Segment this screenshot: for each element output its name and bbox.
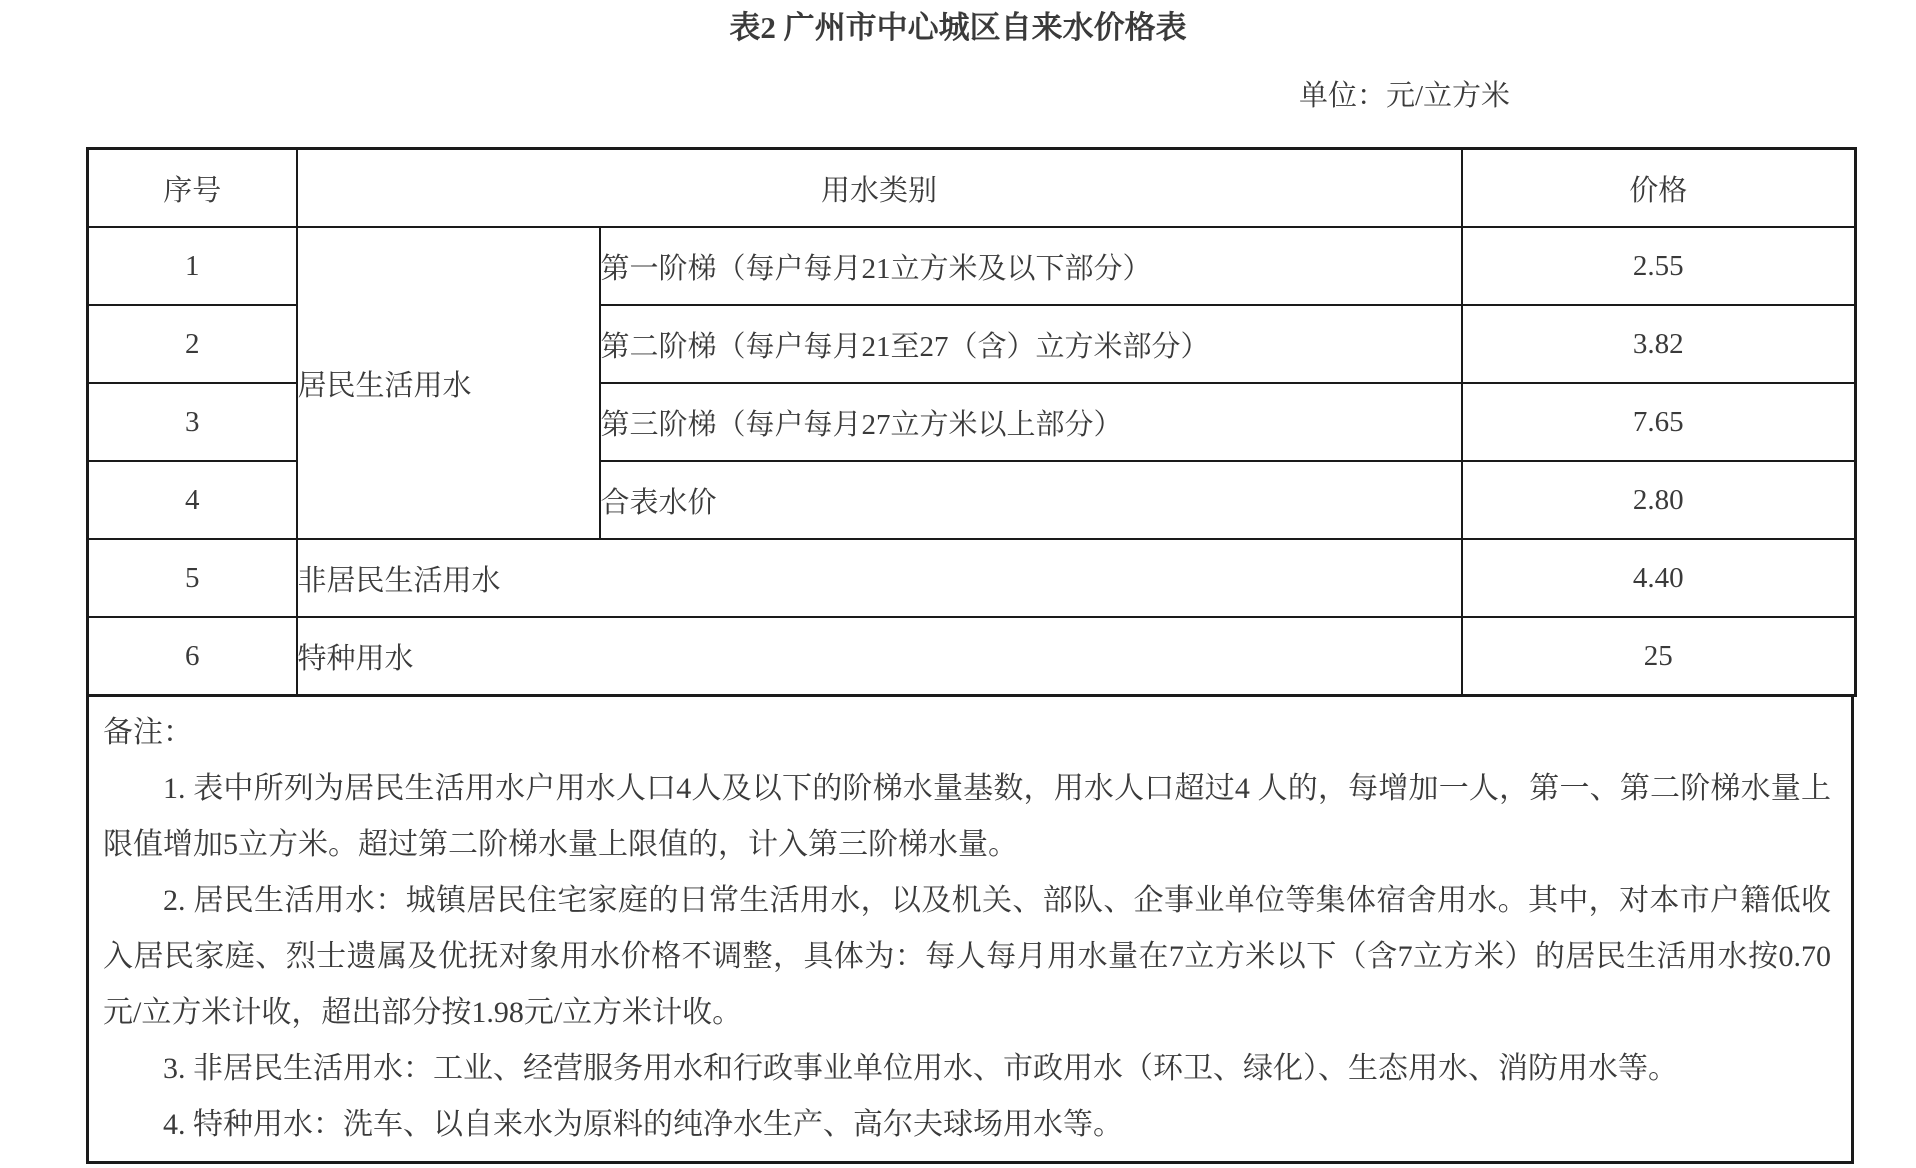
table-cell-no: 3: [88, 383, 297, 461]
note-item: 1. 表中所列为居民生活用水户用水人口4人及以下的阶梯水量基数，用水人口超过4 …: [103, 761, 1831, 873]
note-item: 4. 特种用水：洗车、以自来水为原料的纯净水生产、高尔夫球场用水等。: [103, 1097, 1831, 1153]
table-cell-price: 7.65: [1462, 383, 1856, 461]
table-cell-no: 6: [88, 617, 297, 696]
table-row: 6 特种用水 25: [88, 617, 1856, 696]
notes-section: 备注： 1. 表中所列为居民生活用水户用水人口4人及以下的阶梯水量基数，用水人口…: [86, 694, 1854, 1164]
table-cell-category: 非居民生活用水: [297, 539, 1462, 617]
note-item: 2. 居民生活用水：城镇居民住宅家庭的日常生活用水，以及机关、部队、企事业单位等…: [103, 873, 1831, 1041]
note-item: 3. 非居民生活用水：工业、经营服务用水和行政事业单位用水、市政用水（环卫、绿化…: [103, 1041, 1831, 1097]
page-title: 表2 广州市中心城区自来水价格表: [0, 0, 1916, 48]
notes-label: 备注：: [103, 705, 1831, 761]
table-cell-category: 特种用水: [297, 617, 1462, 696]
table-row: 1 居民生活用水 第一阶梯（每户每月21立方米及以下部分） 2.55: [88, 227, 1856, 305]
document-page: 表2 广州市中心城区自来水价格表 单位：元/立方米 序号 用水类别 价格 1 居…: [0, 0, 1916, 1164]
table-header-row: 序号 用水类别 价格: [88, 149, 1856, 228]
header-cell-no: 序号: [88, 149, 297, 228]
table-cell-price: 4.40: [1462, 539, 1856, 617]
table-cell-price: 2.80: [1462, 461, 1856, 539]
table-cell-no: 2: [88, 305, 297, 383]
table-cell-category: 第三阶梯（每户每月27立方米以上部分）: [600, 383, 1462, 461]
table-row: 5 非居民生活用水 4.40: [88, 539, 1856, 617]
table-cell-no: 5: [88, 539, 297, 617]
table-cell-category: 合表水价: [600, 461, 1462, 539]
header-cell-category: 用水类别: [297, 149, 1462, 228]
table-cell-category: 第一阶梯（每户每月21立方米及以下部分）: [600, 227, 1462, 305]
unit-label: 单位：元/立方米: [0, 76, 1916, 116]
table-cell-no: 4: [88, 461, 297, 539]
price-table: 序号 用水类别 价格 1 居民生活用水 第一阶梯（每户每月21立方米及以下部分）…: [86, 147, 1857, 697]
table-cell-resident-group: 居民生活用水: [297, 227, 600, 539]
table-cell-price: 3.82: [1462, 305, 1856, 383]
table-cell-price: 25: [1462, 617, 1856, 696]
header-cell-price: 价格: [1462, 149, 1856, 228]
table-cell-price: 2.55: [1462, 227, 1856, 305]
table-cell-category: 第二阶梯（每户每月21至27（含）立方米部分）: [600, 305, 1462, 383]
table-cell-no: 1: [88, 227, 297, 305]
